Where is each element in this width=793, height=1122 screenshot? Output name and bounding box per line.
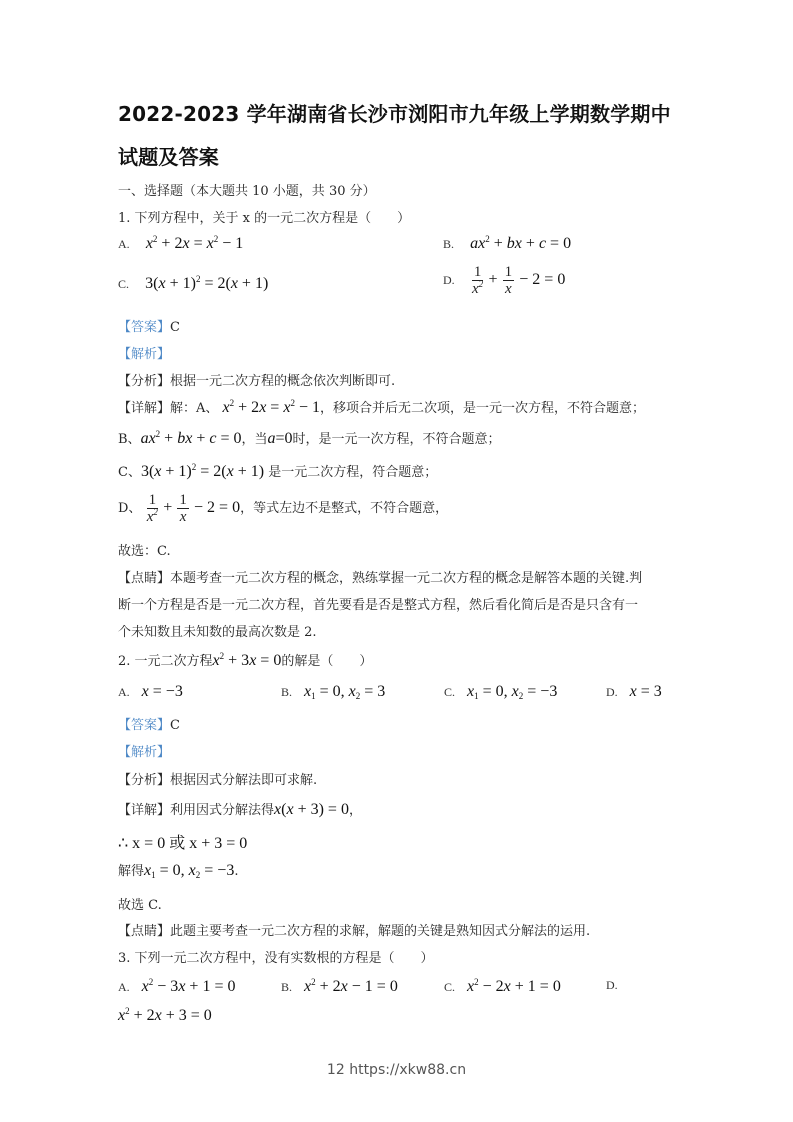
q1-option-d: D. 1x2 + 1x − 2 = 0 [443, 264, 565, 297]
q3-option-b: B.x2 + 2x − 1 = 0 [281, 978, 398, 996]
q2-step1: ∴ x = 0 或 x + 3 = 0 [118, 830, 247, 853]
document-title-line2: 试题及答案 [118, 141, 688, 170]
q1-stem: 1. 下列方程中，关于 x 的一元二次方程是（ ） [118, 207, 410, 226]
section-heading: 一、选择题（本大题共 10 小题，共 30 分） [118, 180, 376, 199]
q2-option-a: A.x = −3 [118, 683, 183, 701]
q3-stem: 3. 下列一元二次方程中，没有实数根的方程是（ ） [118, 947, 434, 966]
footer-site-link[interactable]: https://xkw88.cn [349, 1062, 466, 1078]
q3-option-d-expr: x2 + 2x + 3 = 0 [118, 1007, 212, 1025]
document-page: 2022-2023 学年湖南省长沙市浏阳市九年级上学期数学期中 试题及答案 一、… [0, 0, 793, 1122]
q1-option-a: A. x2 + 2x = x2 − 1 [118, 235, 243, 253]
q1-analysis-tag: 【解析】 [118, 343, 170, 362]
q1-option-a-expr: x2 + 2x = x2 − 1 [146, 235, 243, 252]
q1-xiangjie-a: 【详解】解：A、 x2 + 2x = x2 − 1，移项合并后无二次项，是一元一… [118, 397, 645, 417]
q2-answer: 【答案】C [118, 714, 180, 733]
q2-dianjing: 【点睛】此题主要考查一元二次方程的求解，解题的关键是熟知因式分解法的运用. [118, 920, 590, 939]
q1-dianjing-line1: 【点睛】本题考查一元二次方程的概念，熟练掌握一元二次方程的概念是解答本题的关键.… [118, 567, 642, 586]
page-number: 12 [327, 1062, 345, 1078]
q3-option-a: A.x2 − 3x + 1 = 0 [118, 978, 235, 996]
q1-option-b: B. ax2 + bx + c = 0 [443, 235, 571, 253]
q2-xiangjie: 【详解】利用因式分解法得x(x + 3) = 0， [118, 799, 362, 819]
q2-step2: 解得x1 = 0, x2 = −3. [118, 860, 238, 880]
q3-option-c: C.x2 − 2x + 1 = 0 [444, 978, 561, 996]
q1-option-d-expr: − 2 = 0 [519, 271, 565, 288]
q2-option-b: B.x1 = 0, x2 = 3 [281, 683, 385, 701]
q1-option-b-expr: ax2 + bx + c = 0 [470, 235, 571, 252]
q1-option-c-expr: 3(x + 1)2 = 2(x + 1) [145, 275, 268, 292]
q1-xiangjie-c: C、3(x + 1)2 = 2(x + 1) 是一元二次方程，符合题意； [118, 461, 437, 481]
q2-analysis-tag: 【解析】 [118, 741, 170, 760]
q2-option-c: C.x1 = 0, x2 = −3 [444, 683, 557, 701]
q1-answer: 【答案】C [118, 316, 180, 335]
q2-conclusion: 故选 C. [118, 894, 162, 913]
q1-option-c: C. 3(x + 1)2 = 2(x + 1) [118, 275, 268, 293]
q1-dianjing-line2: 断一个方程是否是一元二次方程，首先要看是否是整式方程，然后看化简后是否是只含有一 [118, 594, 638, 613]
q2-stem: 2. 一元二次方程x2 + 3x = 0的解是（ ） [118, 650, 372, 670]
q2-fenxi: 【分析】根据因式分解法即可求解. [118, 769, 317, 788]
answer-value: C [170, 320, 180, 335]
page-footer: 12 https://xkw88.cn [0, 1062, 793, 1078]
q2-option-d: D.x = 3 [606, 683, 662, 701]
document-title-line1: 2022-2023 学年湖南省长沙市浏阳市九年级上学期数学期中 [118, 98, 688, 127]
q1-conclusion: 故选：C. [118, 540, 171, 559]
q1-fenxi: 【分析】根据一元二次方程的概念依次判断即可. [118, 370, 395, 389]
q1-xiangjie-b: B、ax2 + bx + c = 0，当a=0时，是一元一次方程，不符合题意； [118, 428, 501, 448]
q3-option-d: D. [606, 978, 630, 993]
q1-xiangjie-d: D、 1x2 + 1x − 2 = 0，等式左边不是整式，不符合题意， [118, 492, 448, 525]
q1-dianjing-line3: 个未知数且未知数的最高次数是 2. [118, 621, 317, 640]
answer-tag: 【答案】 [118, 320, 170, 335]
